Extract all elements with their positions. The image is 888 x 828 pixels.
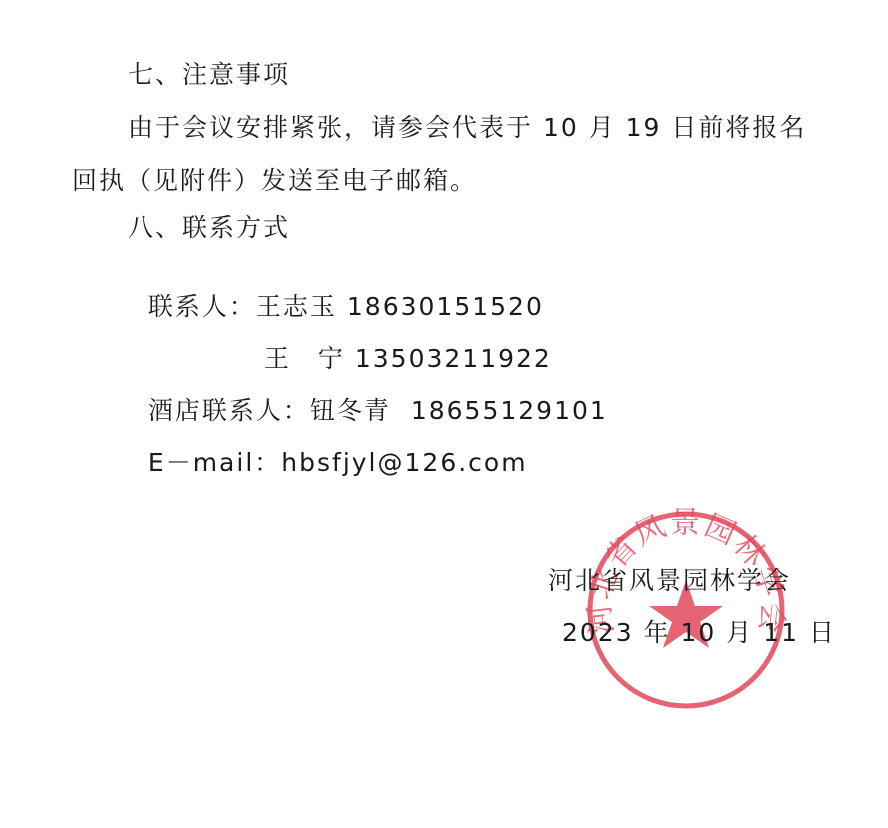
notes-body-line-1: 由于会议安排紧张，请参会代表于 10 月 19 日前将报名 <box>128 113 806 143</box>
contact-label: 联系人： <box>148 292 256 321</box>
signature-date: 2023 年 10 月 11 日 <box>562 618 836 648</box>
contact-row-1: 联系人：王志玉 18630151520 <box>128 262 544 322</box>
official-seal-stamp: 河北省风景园林学会 <box>584 508 788 712</box>
contact-row-2: 王 宁 13503211922 <box>244 314 552 374</box>
email-row: E－mail：hbsfjyl@126.com <box>128 418 528 478</box>
signature-organization: 河北省风景园林学会 <box>548 566 791 596</box>
hotel-contact-row: 酒店联系人：钮冬青 18655129101 <box>128 366 608 426</box>
heading-notes: 七、注意事项 <box>128 60 290 90</box>
email-value[interactable]: hbsfjyl@126.com <box>281 448 527 477</box>
email-label: E－mail： <box>148 448 281 477</box>
heading-contact: 八、联系方式 <box>128 213 290 243</box>
notes-body-line-2: 回执（见附件）发送至电子邮箱。 <box>72 166 477 196</box>
